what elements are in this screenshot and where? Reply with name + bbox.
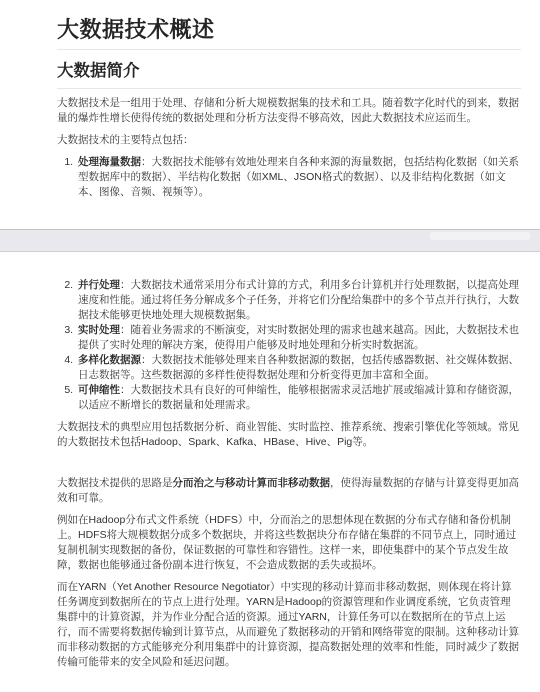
yarn-paragraph: 而在YARN（Yet Another Resource Negotiator）中… (57, 580, 521, 670)
intro-paragraph: 大数据技术是一组用于处理、存储和分析大规模数据集的技术和工具。随着数字化时代的到… (57, 96, 521, 126)
feature-term: 实时处理 (78, 324, 120, 336)
hdfs-paragraph: 例如在Hadoop分布式文件系统（HDFS）中，分而治之的思想体现在数据的分布式… (57, 513, 521, 573)
features-lead: 大数据技术的主要特点包括： (57, 133, 521, 148)
document-top: 大数据技术概述 大数据简介 大数据技术是一组用于处理、存储和分析大规模数据集的技… (0, 17, 540, 200)
core-idea-paragraph: 大数据技术提供的思路是分而治之与移动计算而非移动数据，使得海量数据的存储与计算变… (57, 476, 521, 506)
features-list-part1: 处理海量数据：大数据技术能够有效地处理来自各种来源的海量数据，包括结构化数据（如… (57, 155, 521, 200)
feature-item-3: 实时处理：随着业务需求的不断演变，对实时数据处理的需求也越来越高。因此，大数据技… (76, 323, 521, 353)
feature-term: 多样化数据源 (78, 354, 141, 366)
feature-term: 可伸缩性 (78, 384, 120, 396)
feature-term: 处理海量数据 (78, 156, 141, 168)
features-list-part2: 并行处理：大数据技术通常采用分布式计算的方式，利用多台计算机并行处理数据，以提高… (57, 278, 521, 413)
core-idea-bold: 分而治之与移动计算而非移动数据 (173, 477, 331, 489)
feature-item-1: 处理海量数据：大数据技术能够有效地处理来自各种来源的海量数据，包括结构化数据（如… (76, 155, 521, 200)
feature-desc: ：大数据技术具有良好的可伸缩性，能够根据需求灵活地扩展或缩减计算和存储资源，以适… (78, 384, 519, 411)
feature-item-4: 多样化数据源：大数据技术能够处理来自各种数据源的数据，包括传感器数据、社交媒体数… (76, 353, 521, 383)
feature-desc: ：大数据技术能够处理来自各种数据源的数据，包括传感器数据、社交媒体数据、日志数据… (78, 354, 519, 381)
feature-item-5: 可伸缩性：大数据技术具有良好的可伸缩性，能够根据需求灵活地扩展或缩减计算和存储资… (76, 383, 521, 413)
feature-desc: ：随着业务需求的不断演变，对实时数据处理的需求也越来越高。因此，大数据技术也提供… (78, 324, 519, 351)
feature-item-2: 并行处理：大数据技术通常采用分布式计算的方式，利用多台计算机并行处理数据，以提高… (76, 278, 521, 323)
page-break-band-highlight (430, 232, 530, 240)
section-title: 大数据简介 (57, 61, 521, 89)
page-break-band (0, 229, 540, 252)
applications-paragraph: 大数据技术的典型应用包括数据分析、商业智能、实时监控、推荐系统、搜索引擎优化等领… (57, 420, 521, 450)
page-title: 大数据技术概述 (57, 17, 521, 50)
feature-term: 并行处理 (78, 279, 120, 291)
core-idea-pre: 大数据技术提供的思路是 (57, 477, 173, 489)
feature-desc: ：大数据技术能够有效地处理来自各种来源的海量数据，包括结构化数据（如关系型数据库… (78, 156, 519, 198)
feature-desc: ：大数据技术通常采用分布式计算的方式，利用多台计算机并行处理数据，以提高处理速度… (78, 279, 519, 321)
document-bottom: 并行处理：大数据技术通常采用分布式计算的方式，利用多台计算机并行处理数据，以提高… (0, 278, 540, 670)
